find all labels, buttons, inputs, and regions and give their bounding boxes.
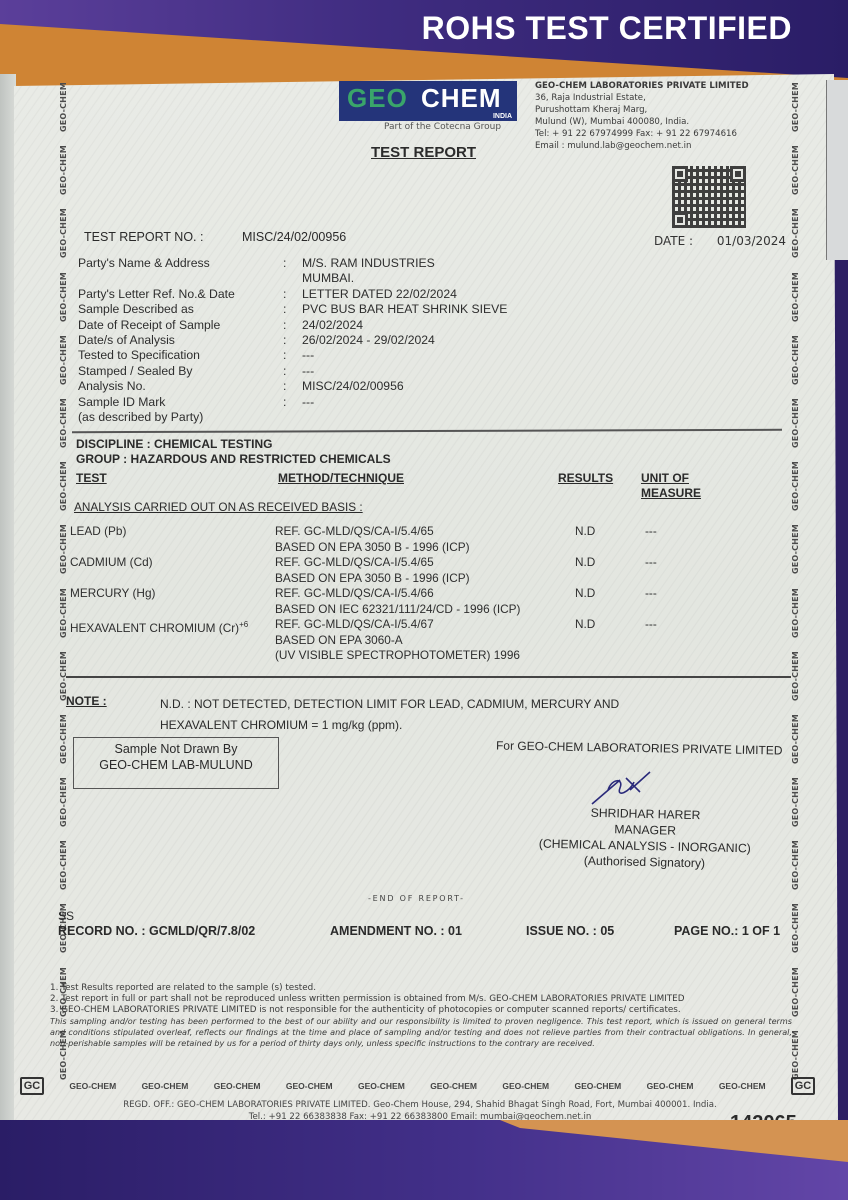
strip-word: GEO-CHEM [719,1081,766,1091]
test-result: N.D [575,524,645,555]
watermark-text: GEO-CHEM [59,396,68,448]
test-result: N.D [575,555,645,586]
field-label: Analysis No. [78,379,283,394]
test-name-text: MERCURY (Hg) [70,586,155,600]
strip-word: GEO-CHEM [575,1081,622,1091]
header-method: METHOD/TECHNIQUE [278,471,404,486]
watermark-text: GEO-CHEM [59,838,68,890]
watermark-text: GEO-CHEM [59,80,68,132]
method-line: BASED ON EPA 3050 B - 1996 (ICP) [275,571,575,587]
watermark-text: GEO-CHEM [59,270,68,322]
report-number-label: TEST REPORT NO. : [84,230,203,244]
header-unit: UNIT OF MEASURE [641,471,701,501]
test-name: LEAD (Pb) [70,524,275,555]
method-line: REF. GC-MLD/QS/CA-I/5.4/65 [275,524,575,540]
report-title: TEST REPORT [371,144,476,161]
strip-word: GEO-CHEM [142,1081,189,1091]
strip-word: GEO-CHEM [647,1081,694,1091]
method-line: REF. GC-MLD/QS/CA-I/5.4/65 [275,555,575,571]
info-field: Date/s of Analysis:26/02/2024 - 29/02/20… [78,333,598,348]
info-field: Party's Name & Address:M/S. RAM INDUSTRI… [78,256,598,287]
watermark-text: GEO-CHEM [791,80,800,132]
info-field: Party's Letter Ref. No.& Date:LETTER DAT… [78,287,598,302]
test-result: N.D [575,586,645,617]
adjacent-document-edge [826,80,848,260]
field-label: Tested to Specification [78,348,283,363]
note-text: N.D. : NOT DETECTED, DETECTION LIMIT FOR… [160,694,680,736]
watermark-text: GEO-CHEM [59,206,68,258]
end-of-report: -END OF REPORT- [368,894,465,903]
page-no: PAGE NO.: 1 OF 1 [674,924,780,938]
field-label: Party's Letter Ref. No.& Date [78,287,283,302]
field-colon: : [283,348,302,363]
field-label: Sample Described as [78,302,283,317]
date-value: 01/03/2024 [717,234,786,248]
sample-box-line: Sample Not Drawn By [74,741,278,757]
field-label: Stamped / Sealed By [78,364,283,379]
term-item: 3. GEO-CHEM LABORATORIES PRIVATE LIMITED… [50,1005,792,1016]
field-value: PVC BUS BAR HEAT SHRINK SIEVE [302,302,598,317]
banner-title: ROHS TEST CERTIFIED [422,10,792,47]
test-method: REF. GC-MLD/QS/CA-I/5.4/65BASED ON EPA 3… [275,555,575,586]
sample-box-line: GEO-CHEM LAB-MULUND [74,757,278,773]
watermark-text: GEO-CHEM [791,838,800,890]
regd-address: REGD. OFF.: GEO-CHEM LABORATORIES PRIVAT… [40,1099,800,1111]
watermark-text: GEO-CHEM [791,396,800,448]
field-colon: : [283,333,302,348]
test-name-text: CADMIUM (Cd) [70,555,153,569]
group: GROUP : HAZARDOUS AND RESTRICTED CHEMICA… [76,452,391,467]
test-unit: --- [645,524,695,555]
field-colon: : [283,379,302,394]
test-row: LEAD (Pb)REF. GC-MLD/QS/CA-I/5.4/65BASED… [70,524,690,555]
address-line: Mulund (W), Mumbai 400080, India. [535,116,749,128]
watermark-text: GEO-CHEM [791,586,800,638]
field-label: Party's Name & Address [78,256,283,287]
field-value: --- [302,364,598,379]
sample-info-fields: Party's Name & Address:M/S. RAM INDUSTRI… [78,256,598,425]
test-results-table: LEAD (Pb)REF. GC-MLD/QS/CA-I/5.4/65BASED… [70,524,690,664]
watermark-right: GEO-CHEMGEO-CHEMGEO-CHEMGEO-CHEMGEO-CHEM… [788,80,802,1080]
test-unit: --- [645,586,695,617]
bottom-banner [0,1120,848,1200]
disclaimer: This sampling and/or testing has been pe… [50,1016,792,1049]
field-value: MISC/24/02/00956 [302,379,598,394]
gc-logo-icon: GC [791,1077,815,1095]
report-number: TEST REPORT NO. : MISC/24/02/00956 [84,230,203,244]
address-line: Tel: + 91 22 67974999 Fax: + 91 22 67974… [535,128,749,140]
address-line: 36, Raja Industrial Estate, [535,92,749,104]
discipline: DISCIPLINE : CHEMICAL TESTING [76,437,391,452]
info-field: Sample Described as:PVC BUS BAR HEAT SHR… [78,302,598,317]
test-method: REF. GC-MLD/QS/CA-I/5.4/67BASED ON EPA 3… [275,617,575,664]
report-date: DATE : 01/03/2024 [654,234,786,248]
test-name: HEXAVALENT CHROMIUM (Cr)+6 [70,617,275,664]
gc-logo-icon: GC [20,1077,44,1095]
geochem-strip: GCGEO-CHEMGEO-CHEMGEO-CHEMGEO-CHEMGEO-CH… [20,1076,815,1096]
test-result: N.D [575,617,645,664]
field-colon: : [283,287,302,302]
test-unit: --- [645,555,695,586]
discipline-block: DISCIPLINE : CHEMICAL TESTING GROUP : HA… [76,437,391,467]
field-value: LETTER DATED 22/02/2024 [302,287,598,302]
watermark-text: GEO-CHEM [59,333,68,385]
report-number-value: MISC/24/02/00956 [242,230,346,244]
field-value: 26/02/2024 - 29/02/2024 [302,333,598,348]
lab-address: GEO-CHEM LABORATORIES PRIVATE LIMITED 36… [535,80,749,152]
address-line: Purushottam Kheraj Marg, [535,104,749,116]
watermark-text: GEO-CHEM [791,901,800,953]
watermark-text: GEO-CHEM [59,586,68,638]
strip-word: GEO-CHEM [502,1081,549,1091]
sample-not-drawn-box: Sample Not Drawn By GEO-CHEM LAB-MULUND [73,737,279,789]
watermark-text: GEO-CHEM [791,143,800,195]
logo-chem: CHEM [421,83,502,114]
field-colon: : [283,256,302,287]
watermark-text: GEO-CHEM [791,649,800,701]
test-superscript: +6 [239,620,248,629]
signatory-block: SHRIDHAR HARER MANAGER (CHEMICAL ANALYSI… [529,803,760,872]
header-test: TEST [76,471,107,486]
address-line: Email : mulund.lab@geochem.net.in [535,140,749,152]
method-line: REF. GC-MLD/QS/CA-I/5.4/67 [275,617,575,633]
watermark-text: GEO-CHEM [791,712,800,764]
test-method: REF. GC-MLD/QS/CA-I/5.4/66BASED ON IEC 6… [275,586,575,617]
test-row: CADMIUM (Cd)REF. GC-MLD/QS/CA-I/5.4/65BA… [70,555,690,586]
field-label: Sample ID Mark (as described by Party) [78,395,283,426]
divider [66,676,791,678]
banner-orange-stripe [0,1120,848,1200]
field-value: 24/02/2024 [302,318,598,333]
test-row: MERCURY (Hg)REF. GC-MLD/QS/CA-I/5.4/66BA… [70,586,690,617]
watermark-text: GEO-CHEM [59,775,68,827]
signature-icon [590,770,660,806]
strip-word: GEO-CHEM [69,1081,116,1091]
strip-word: GEO-CHEM [430,1081,477,1091]
geochem-logo: GEO CHEM INDIA [339,81,517,121]
terms: 1. Test Results reported are related to … [50,983,792,1049]
field-label: Date/s of Analysis [78,333,283,348]
watermark-text: GEO-CHEM [791,333,800,385]
watermark-text: GEO-CHEM [791,270,800,322]
info-field: Analysis No.:MISC/24/02/00956 [78,379,598,394]
watermark-text: GEO-CHEM [59,712,68,764]
qr-finder [672,166,688,182]
initials: SS [58,909,74,923]
term-item: 1. Test Results reported are related to … [50,983,792,994]
paper-edge [0,74,16,1134]
method-line: BASED ON EPA 3050 B - 1996 (ICP) [275,540,575,556]
amendment-no: AMENDMENT NO. : 01 [330,924,462,938]
field-label: Date of Receipt of Sample [78,318,283,333]
qr-finder [730,166,746,182]
watermark-text: GEO-CHEM [59,459,68,511]
term-item: 2. Test report in full or part shall not… [50,994,792,1005]
info-field: Sample ID Mark (as described by Party):-… [78,395,598,426]
field-colon: : [283,318,302,333]
lab-name: GEO-CHEM LABORATORIES PRIVATE LIMITED [535,80,749,92]
test-name-text: LEAD (Pb) [70,524,126,538]
analysis-basis: ANALYSIS CARRIED OUT ON AS RECEIVED BASI… [74,500,363,514]
strip-word: GEO-CHEM [286,1081,333,1091]
info-field: Stamped / Sealed By:--- [78,364,598,379]
test-method: REF. GC-MLD/QS/CA-I/5.4/65BASED ON EPA 3… [275,524,575,555]
watermark-text: GEO-CHEM [59,522,68,574]
logo-geo: GEO [347,83,408,114]
note-label: NOTE : [66,694,107,708]
logo-region: INDIA [493,113,512,120]
field-colon: : [283,395,302,426]
qr-finder [672,212,688,228]
test-name-text: HEXAVALENT CHROMIUM (Cr) [70,621,239,635]
field-colon: : [283,302,302,317]
method-line: (UV VISIBLE SPECTROPHOTOMETER) 1996 [275,648,575,664]
header-results: RESULTS [558,471,613,486]
watermark-text: GEO-CHEM [791,459,800,511]
info-field: Tested to Specification:--- [78,348,598,363]
test-unit: --- [645,617,695,664]
date-label: DATE : [654,234,693,248]
strip-word: GEO-CHEM [358,1081,405,1091]
info-field: Date of Receipt of Sample:24/02/2024 [78,318,598,333]
record-no: RECORD NO. : GCMLD/QR/7.8/02 [58,924,255,938]
test-name: CADMIUM (Cd) [70,555,275,586]
watermark-text: GEO-CHEM [791,206,800,258]
strip-word: GEO-CHEM [214,1081,261,1091]
watermark-text: GEO-CHEM [59,649,68,701]
method-line: BASED ON IEC 62321/111/24/CD - 1996 (ICP… [275,602,575,618]
field-colon: : [283,364,302,379]
watermark-text: GEO-CHEM [791,522,800,574]
issue-no: ISSUE NO. : 05 [526,924,614,938]
logo-tagline: Part of the Cotecna Group [384,122,501,132]
test-name: MERCURY (Hg) [70,586,275,617]
watermark-text: GEO-CHEM [791,775,800,827]
field-value: --- [302,348,598,363]
method-line: REF. GC-MLD/QS/CA-I/5.4/66 [275,586,575,602]
method-line: BASED ON EPA 3060-A [275,633,575,649]
qr-code-icon [672,166,746,228]
test-row: HEXAVALENT CHROMIUM (Cr)+6REF. GC-MLD/QS… [70,617,690,664]
watermark-text: GEO-CHEM [59,143,68,195]
field-value: M/S. RAM INDUSTRIES MUMBAI. [302,256,598,287]
field-value: --- [302,395,598,426]
